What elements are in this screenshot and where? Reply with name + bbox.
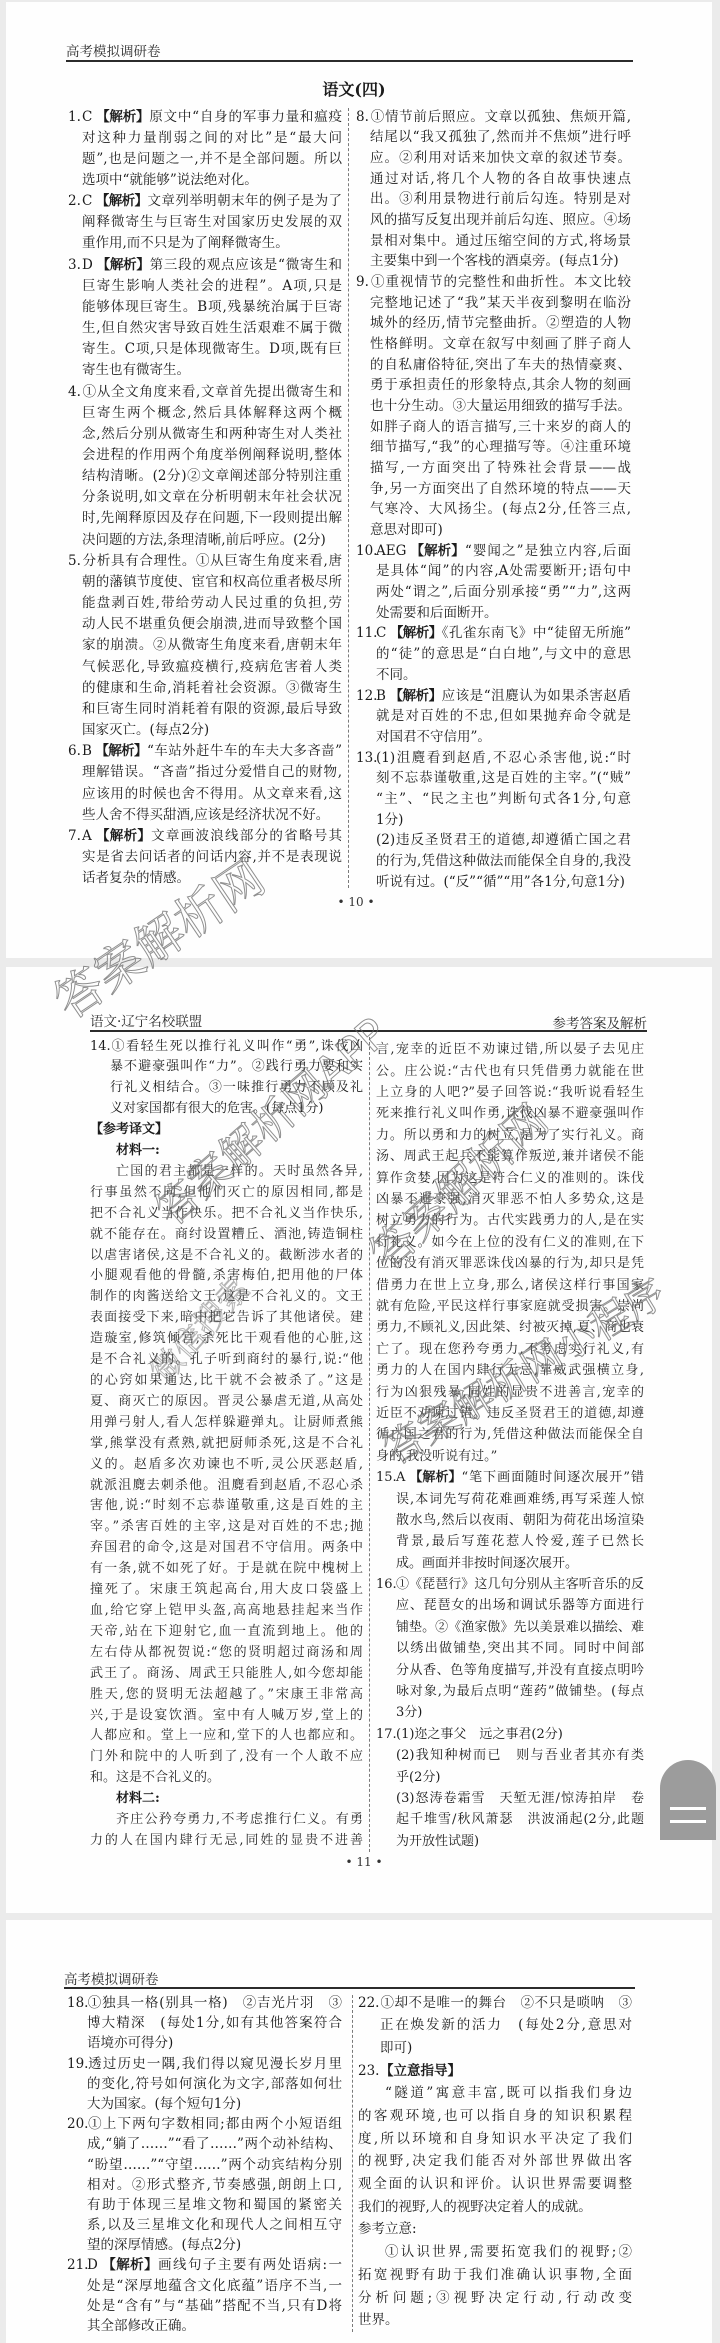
left-column: 1.C【解析】原文中“自身的军事力量和瘟疫 对这种力量削弱之间的对比”是“最大问… <box>68 107 342 890</box>
text-line: 勇力的人在国内肆行无忌,靠威武强横立身, <box>376 1360 644 1381</box>
writing-guide-paragraph: “隧道”寓意丰富,既可以指我们身边的客观环境,也可以指自身的知识积累程度,所以环… <box>358 2082 632 2218</box>
text-line: 刻不忘恭谨敬重,这是百姓的主宰。”(“贼” <box>376 768 631 789</box>
item-first-line: 16.①《琵琶行》这几句分别从主客听音乐的反 <box>376 1574 644 1595</box>
writing-guide-label: 【立意指导】 <box>380 2063 461 2079</box>
text-line: 应、琵琶女的出场和调试乐器等方面进行 <box>396 1595 644 1616</box>
right-column: 22.①却不是唯一的舞台 ②不只是唢呐 ③ 正在焕发新的活力 (每处2分,意思对… <box>358 1992 632 2332</box>
text-line: 的视野,决定我们能否对外部世界做出客 <box>358 2150 632 2173</box>
text-line: 也十分生动。③大量运用细致的描写手法。 <box>370 396 631 417</box>
text-line: 阐释微寄生与巨寄生对国家历史发展的双 <box>82 212 342 233</box>
item-first-line: 9.①重视情节的完整性和曲折性。本文比较 <box>356 272 631 293</box>
item-text: 文章画波浪线部分的省略号其 <box>151 828 342 844</box>
text-line: 掌,熊掌没有煮熟,就把厨师杀死,这是不合礼 <box>90 1434 363 1455</box>
item-number: 16. <box>376 1574 396 1595</box>
text-line: 观全面的认识和评价。认识世界需要调整 <box>358 2173 632 2196</box>
text-line: 的心窍如果通达,比干就不会被杀了。”这是 <box>90 1371 363 1392</box>
text-line: 语境亦可得分) <box>87 2033 342 2053</box>
text-line: 咏对象,为最后点明“莲药”做铺垫。(每点 <box>396 1681 644 1702</box>
analysis-label: 【解析】 <box>409 543 464 559</box>
text-line: 理解错误。“吝啬”指过分爱惜自己的财物, <box>82 762 342 783</box>
text-line: 夏、商灭亡的原因。晋灵公暴虐无道,从高处 <box>90 1392 363 1413</box>
item-lines: 实是省去问话者的问话内容,并不是表现说话者复杂的情感。 <box>82 847 342 889</box>
text-line: 生,但自然灾害导致百姓生活艰难不属于微 <box>82 318 342 339</box>
item-number: 9. <box>356 272 370 293</box>
header-rule <box>64 1987 635 1989</box>
text-line: 通过对话,将几个人物的各自故事快速点 <box>370 169 631 190</box>
text-line: 话者复杂的情感。 <box>82 868 342 889</box>
item-text: “婴闻之”是独立内容,后面 <box>465 543 631 559</box>
text-line: 我们的视野,人的视野决定着人的成就。 <box>358 2196 632 2219</box>
item-number: 5. <box>68 551 82 572</box>
item-text: “车站外赶牛车的车夫大多吝啬” <box>147 743 342 759</box>
text-line: 凶暴不避豪强,消灭罪恶不怕人多势众,这是 <box>376 1189 644 1210</box>
text-line: 力的人在国内肆行无忌,同姓的显贵不进善 <box>90 1831 363 1852</box>
text-line: 循亡国之君的行为,凭借这种做法而能保全自 <box>376 1424 644 1445</box>
answer-item-4: 4.①从全文角度来看,文章首先提出微寄生和 巨寄生两个概念,然后具体解释这两个概… <box>68 382 342 551</box>
item-lines: 理解错误。“吝啬”指过分爱惜自己的财物,应该用的时候也舍不得用。从文章来看,这些… <box>82 762 342 825</box>
text-line: 些人舍不得买甜酒,应该是经济状况不好。 <box>82 805 342 826</box>
text-line: 借勇力在世上立身,那么,诸侯这样行事国家 <box>376 1275 644 1296</box>
answer-item-12: 12.B【解析】应该是“沮麑认为如果杀害赵盾 就是对百姓的不忠,但如果抛弃命令就… <box>356 686 631 748</box>
item-text: ①看轻生死以推行礼义叫作“勇”,诛伐凶 <box>110 1039 363 1054</box>
text-line: 亡了。现在您矜夸勇力,不考虑实行礼义,有 <box>376 1339 644 1360</box>
item-text: ①却不是唯一的舞台 ②不只是唢呐 ③ <box>380 1995 632 2011</box>
analysis-label: 【解析】 <box>101 2257 158 2273</box>
answer-item-20: 20.①上下两句字数相同;都由两个小短语组 成,“躺了……”“看了……”两个动补… <box>67 2114 342 2255</box>
text-line: 就派沮麑去刺杀他。沮麑看到赵盾,不忍心杀 <box>90 1476 363 1497</box>
text-line: 人都应和。堂上一应和,堂下的人也都应和。 <box>90 1726 363 1747</box>
item-lines: 对这种力量削弱之间的对比”是“最大问题”,也是问题之一,并不是全部问题。所以选项… <box>82 128 342 191</box>
item-first-line: 15.A【解析】“笔下画面随时间逐次展开”错 <box>376 1467 644 1488</box>
text-line: 汤、周武王起兵不能算作叛逆,兼并诸侯不能 <box>376 1146 644 1167</box>
text-line: 巨寄生两个概念,然后具体解释这两个概 <box>82 403 342 424</box>
answer-item-21: 21.D【解析】画线句子主要有两处语病:一 处是“深厚地蕴含文化底蕴”语序不当,… <box>67 2255 342 2336</box>
item-lines: 结尾以“我又孤独了,然而并不焦烦”进行呼应。②利用对话来加快文章的叙述节奏。通过… <box>370 127 631 272</box>
text-line: 动人民不堪重负便会崩溃,进而导致整个国 <box>82 614 342 635</box>
item-text: 第三段的观点应该是“微寄生和 <box>150 257 342 273</box>
item-number: 2. <box>68 191 82 212</box>
item-text: 画线句子主要有两处语病:一 <box>158 2257 342 2273</box>
text-line: 景相对集中。通过压缩空间的方式,将场景 <box>370 231 631 252</box>
item-subpart-2: (2)我知种树而已 则与吾业者其亦有类乎(2分) <box>396 1745 644 1788</box>
item-subpart-3: (3)怒涛卷霜雪 天堑无涯/惊涛拍岸 卷起千堆雪/秋风萧瑟 洪波涌起(2分,此题… <box>396 1788 644 1852</box>
item-number: 10. <box>356 541 376 562</box>
text-line: (2)违反圣贤君王的道德,却遵循亡国之君 <box>376 830 631 851</box>
text-line: “盼望……”“守望……”两个动宾结构分别 <box>87 2155 342 2175</box>
text-line: 应。②利用对话来加快文章的叙述节奏。 <box>370 148 631 169</box>
item-number: 23. <box>358 2060 380 2083</box>
left-column: 18.①独具一格(别具一格) ②吉光片羽 ③ 博大精深 (每处1分,如有其他答案… <box>67 1993 342 2336</box>
text-line: 就有危险,平民这样行事家庭就受损害。崇尚 <box>376 1296 644 1317</box>
item-text: “笔下画面随时间逐次展开”错 <box>461 1470 644 1485</box>
text-line: 处需要和后面断开。 <box>376 603 631 624</box>
text-line: 是不合礼义的。孔子听到商纣的暴行,说:“他 <box>90 1350 363 1371</box>
text-line: 应该用的时候也舍不得用。从文章来看,这 <box>82 784 342 805</box>
text-line: 勇力,不顾礼义,因此桀、纣被灭掉,夏、商也衰 <box>376 1317 644 1338</box>
text-line: 齐庄公矜夸勇力,不考虑推行仁义。有勇 <box>90 1810 363 1831</box>
text-line: 和巨寄生同时消耗着有限的资源,最后导致 <box>82 699 342 720</box>
text-line: 分条说明,如文章在分析明朝末年社会状况 <box>82 487 342 508</box>
text-line: 表面接受下来,暗中把它告诉了其他诸侯。建 <box>90 1308 363 1329</box>
item-number: 13. <box>356 748 376 769</box>
text-line: 重作用,而不只是为了阐释微寄生。 <box>82 233 342 254</box>
text-line: 题”,也是问题之一,并不是全部问题。所以 <box>82 149 342 170</box>
text-line: 暴不避豪强叫作“力”。②践行勇力要和实 <box>110 1057 363 1078</box>
item-lines: 巨寄生两个概念,然后具体解释这两个概念,然后分别从微寄生和两种寄生对人类社会进程… <box>82 403 342 551</box>
text-line: 系,以及三星堆文化和现代人之间相互守 <box>87 2215 342 2235</box>
text-line: 处是“深厚地蕴含文化底蕴”语序不当,一 <box>87 2276 342 2296</box>
answer-item-1: 1.C【解析】原文中“自身的军事力量和瘟疫 对这种力量削弱之间的对比”是“最大问… <box>68 107 342 192</box>
header-rule <box>90 1030 647 1032</box>
item-number: 11. <box>356 623 376 644</box>
text-line: 行礼义。如今在上位的没有仁义的准则,在下 <box>376 1232 644 1253</box>
text-line: 以绣出做铺垫,突出其不同。同时中间部 <box>396 1638 644 1659</box>
text-line: 细节描写,“我”的心理描写等。④注重环境 <box>370 437 631 458</box>
text-line: 左右侍从都祝贺说:“您的贤明超过商汤和周 <box>90 1643 363 1664</box>
answer-choice: C <box>376 625 386 641</box>
text-line: 分从香、色等角度描写,并没有直接点明吟 <box>396 1660 644 1681</box>
text-line: 的变化,符号如何演化为文字,部落如何壮 <box>87 2074 342 2094</box>
text-line: 意思对即可) <box>370 520 631 541</box>
item-first-line: 19.透过历史一隅,我们得以窥见漫长岁月里 <box>67 2054 342 2074</box>
item-number: 6. <box>68 741 82 762</box>
text-line: 能盘剥百姓,带给劳动人民过重的负担,劳 <box>82 593 342 614</box>
text-line: 害他,说:“时刻不忘恭谨敬重,这是百姓的主 <box>90 1496 363 1517</box>
page-2: 语文·辽宁名校联盟 参考答案及解析 14.①看轻生死以推行礼义叫作“勇”,诛伐凶… <box>6 967 712 1913</box>
text-line: 死来推行礼义叫作勇,诛伐凶暴不避豪强叫作 <box>376 1103 644 1124</box>
item-number: 21. <box>67 2255 87 2275</box>
item-text: ①《琵琶行》这几句分别从主客听音乐的反 <box>396 1577 644 1592</box>
text-line: 算作贪婪,因为这是符合仁义的准则的。诛伐 <box>376 1168 644 1189</box>
text-line: 的客观环境,也可以指自身的知识积累程 <box>358 2105 632 2128</box>
item-first-line: 21.D【解析】画线句子主要有两处语病:一 <box>67 2255 342 2275</box>
text-line: 1分) <box>376 810 631 831</box>
item-first-line: 6.B【解析】“车站外赶牛车的车夫大多吝啬” <box>68 741 342 762</box>
item-text: ①从全文角度来看,文章首先提出微寄生和 <box>82 384 342 400</box>
text-line: 正在焕发新的活力 (每处2分,意思对 <box>380 2014 632 2037</box>
answer-choice: AEG <box>376 543 406 559</box>
text-line: 巨寄生影响人类社会的进程”。A项,只是 <box>82 276 342 297</box>
page-1: 高考模拟调研卷 语文(四) 1.C【解析】原文中“自身的军事力量和瘟疫 对这种力… <box>6 2 712 958</box>
text-line: 成。画面并非按时间逐次展开。 <box>396 1553 644 1574</box>
item-first-line: 7.A【解析】文章画波浪线部分的省略号其 <box>68 826 342 847</box>
text-line: 误,本词先写荷花难画难绣,再写采莲人惊 <box>396 1489 644 1510</box>
answer-item-2: 2.C【解析】文章列举明朝末年的例子是为了 阐释微寄生与巨寄生对国家历史发展的双… <box>68 191 342 254</box>
answer-item-9: 9.①重视情节的完整性和曲折性。本文比较 完整地记述了“我”某天半夜到黎明在临汾… <box>356 272 631 541</box>
right-column: 8.①情节前后照应。文章以孤独、焦烦开篇, 结尾以“我又孤独了,然而并不焦烦”进… <box>356 107 631 893</box>
text-line: 和。这是不合礼义的。 <box>90 1768 363 1789</box>
answer-choice: B <box>82 743 92 759</box>
text-line: 亡国的君主都是一样的。天时虽然各异, <box>90 1162 363 1183</box>
text-line: 对国君不守信用”。 <box>376 727 631 748</box>
analysis-label: 【解析】 <box>95 743 147 759</box>
text-line: 为开放性试题) <box>396 1831 644 1852</box>
text-line: 有一条,就不如死了好。于是就在院中槐树上 <box>90 1559 363 1580</box>
column-divider <box>352 1995 353 2332</box>
answer-choice: A <box>82 828 92 844</box>
text-line: 有助于体现三星堆文物和蜀国的紧密关 <box>87 2195 342 2215</box>
answer-item-14: 14.①看轻生死以推行礼义叫作“勇”,诛伐凶 暴不避豪强叫作“力”。②践行勇力要… <box>90 1037 363 1121</box>
text-line: 气寒冷、大风扬尘。(每点2分,任答三点, <box>370 499 631 520</box>
item-first-line: 22.①却不是唯一的舞台 ②不只是唢呐 ③ <box>358 1992 632 2015</box>
item-number: 15. <box>376 1467 396 1488</box>
page-number: • 11 • <box>314 1855 414 1869</box>
text-line: 会进程的作用两个角度举例阐释说明,整体 <box>82 445 342 466</box>
answer-item-6: 6.B【解析】“车站外赶牛车的车夫大多吝啬” 理解错误。“吝啬”指过分爱惜自己的… <box>68 741 342 826</box>
item-first-line: 1.C【解析】原文中“自身的军事力量和瘟疫 <box>68 107 342 128</box>
text-line: 用弹弓射人,看人怎样躲避弹丸。让厨师煮熊 <box>90 1413 363 1434</box>
item-first-line: 10.AEG【解析】“婴闻之”是独立内容,后面 <box>356 541 631 562</box>
text-line: 性格鲜明。文章在叙写中刻画了胖子商人 <box>370 334 631 355</box>
text-line: 宰。”杀害百姓的主宰,这是对百姓的不忠;抛 <box>90 1517 363 1538</box>
item-number: 7. <box>68 826 82 847</box>
analysis-label: 【解析】 <box>95 828 151 844</box>
text-line: 完整地记述了“我”某天半夜到黎明在临汾 <box>370 293 631 314</box>
item-lines: 完整地记述了“我”某天半夜到黎明在临汾城外的经历,情节完整曲折。②塑造的人物性格… <box>370 293 631 541</box>
item-first-line: 11.C【解析】《孔雀东南飞》中“徒留无所施” <box>356 623 631 644</box>
analysis-label: 【解析】 <box>389 625 441 641</box>
item-lines: 阐释微寄生与巨寄生对国家历史发展的双重作用,而不只是为了阐释微寄生。 <box>82 212 342 254</box>
analysis-label: 【解析】 <box>95 109 149 125</box>
item-first-line: 3.D【解析】第三段的观点应该是“微寄生和 <box>68 255 342 276</box>
text-line: 乎(2分) <box>396 1767 644 1788</box>
item-subpart-2: (2)违反圣贤君王的道德,却遵循亡国之君的行为,凭借这种做法而能保全自身的,我没… <box>376 830 631 892</box>
answer-choice: B <box>376 688 386 704</box>
text-line: 公。庄公说:“古代也有只凭借勇力就能在世 <box>376 1061 644 1082</box>
menu-icon-bar <box>670 1820 706 1823</box>
text-line: 上立身的人吧?”晏子回答说:“我听说看轻生 <box>376 1082 644 1103</box>
text-line: 结构清晰。(2分)②文章阐述部分特别注重 <box>82 466 342 487</box>
text-line: 大为国家。(每个短句1分) <box>87 2094 342 2114</box>
text-line: 胜天,您的贤明无法超越了。”宋康王非常高 <box>90 1685 363 1706</box>
answer-item-8: 8.①情节前后照应。文章以孤独、焦烦开篇, 结尾以“我又孤独了,然而并不焦烦”进… <box>356 107 631 272</box>
item-lines: 就是对百姓的不忠,但如果抛弃命令就是对国君不守信用”。 <box>376 706 631 747</box>
answer-item-3: 3.D【解析】第三段的观点应该是“微寄生和 巨寄生影响人类社会的进程”。A项,只… <box>68 255 342 382</box>
item-lines: 是具体“闻”的内容,A处需要断开;语句中两处“谓之”,后面分别承接“勇”“力”,… <box>376 561 631 623</box>
item-first-line: 20.①上下两句字数相同;都由两个小短语组 <box>67 2114 342 2134</box>
text-line: 力。所以勇和力的树立,是为了实行礼义。商 <box>376 1125 644 1146</box>
answer-item-17: 17.(1)迩之事父 远之事君(2分) (2)我知种树而已 则与吾业者其亦有类乎… <box>376 1724 644 1852</box>
analysis-label: 【解析】 <box>96 257 150 273</box>
text-line: 起千堆雪/秋风萧瑟 洪波涌起(2分,此题 <box>396 1809 644 1830</box>
item-lines: 刻不忘恭谨敬重,这是百姓的主宰。”(“贼”“主”、“民之主也”判断句式各1分,句… <box>376 768 631 830</box>
text-line: 天帝,站在下迎射它,血一直流到地上。他的 <box>90 1622 363 1643</box>
text-line: 武王了。商汤、周武王只能胜人,如今您却能 <box>90 1664 363 1685</box>
text-line: 以虐害诸侯,这是不合礼义的。截断涉水者的 <box>90 1246 363 1267</box>
item-first-line: 14.①看轻生死以推行礼义叫作“勇”,诛伐凶 <box>90 1037 363 1058</box>
text-line: 世界。 <box>358 2309 632 2332</box>
answer-item-23: 23.【立意指导】 <box>358 2060 632 2083</box>
text-line: 就不能存在。商纣设置糟丘、酒池,铸造铜柱 <box>90 1225 363 1246</box>
text-line: 行为凶狠残暴,同姓的显贵不进善言,宠幸的 <box>376 1382 644 1403</box>
text-line: 铺垫。②《渔家傲》先以美景难以描绘、难 <box>396 1617 644 1638</box>
item-first-line: 18.①独具一格(别具一格) ②吉光片羽 ③ <box>67 1993 342 2013</box>
text-line: 的行为,凭借这种做法而能保全自身的,我没 <box>376 851 631 872</box>
item-number: 1. <box>68 107 82 128</box>
text-line: 散水鸟,然后以夜雨、朝阳为荷花出场渲染 <box>396 1510 644 1531</box>
text-line: 制作的肉酱送给文王,这是不合礼义的。文王 <box>90 1287 363 1308</box>
text-line: 朝的藩镇节度使、宦官和权高位重者极尽所 <box>82 572 342 593</box>
item-text: 透过历史一隅,我们得以窥见漫长岁月里 <box>87 2056 342 2072</box>
text-line: 义对家国都有很大的危害。(每点1分) <box>110 1099 363 1120</box>
page-title: 语文(四) <box>304 80 404 100</box>
text-line: 勇于承担责任的形象特点,其余人物的刻画 <box>370 375 631 396</box>
text-line: 言,宠幸的近臣不劝谏过错,所以晏子去见庄 <box>376 1039 644 1060</box>
answer-choice: C <box>82 109 92 125</box>
text-line: 3分) <box>396 1702 644 1723</box>
text-line: 能够体现巨寄生。B项,残暴统治属于巨寄 <box>82 297 342 318</box>
text-line: 选项中“就能够”说法绝对化。 <box>82 170 342 191</box>
answer-item-7: 7.A【解析】文章画波浪线部分的省略号其 实是省去问话者的问话内容,并不是表现说… <box>68 826 342 889</box>
item-lines: 成,“躺了……”“看了……”两个动补结构、“盼望……”“守望……”两个动宾结构分… <box>87 2134 342 2255</box>
text-line: 博大精深 (每处1分,如有其他答案符合 <box>87 2013 342 2033</box>
text-line: 城外的经历,情节完整曲折。②塑造的人物 <box>370 313 631 334</box>
item-text: ①上下两句字数相同;都由两个小短语组 <box>87 2116 342 2132</box>
text-line: 位的没有消灭罪恶诛伐凶暴的行为,却只是凭 <box>376 1253 644 1274</box>
text-line: 的健康和生命,消耗着社会资源。③微寄生 <box>82 678 342 699</box>
item-first-line: 5.分析具有合理性。①从巨寄生角度来看,唐 <box>68 551 342 572</box>
item-number: 4. <box>68 382 82 403</box>
item-lines: 的变化,符号如何演化为文字,部落如何壮大为国家。(每个短句1分) <box>87 2074 342 2114</box>
item-first-line: 2.C【解析】文章列举明朝末年的例子是为了 <box>68 191 342 212</box>
item-number: 8. <box>356 107 370 128</box>
running-header: 高考模拟调研卷 <box>66 43 161 61</box>
item-text: 原文中“自身的军事力量和瘟疫 <box>149 109 342 125</box>
item-text: ①情节前后照应。文章以孤独、焦烦开篇, <box>370 109 631 125</box>
reference-idea-label: 参考立意: <box>358 2218 632 2241</box>
column-divider <box>348 108 349 888</box>
text-line: 不同。 <box>376 665 631 686</box>
page-3: 高考模拟调研卷 18.①独具一格(别具一格) ②吉光片羽 ③ 博大精深 (每处1… <box>6 1920 712 2343</box>
item-number: 20. <box>67 2114 87 2134</box>
item-text: ①独具一格(别具一格) ②吉光片羽 ③ <box>87 1995 342 2011</box>
floating-menu-button[interactable] <box>660 1760 716 1840</box>
text-line: 是具体“闻”的内容,A处需要断开;语句中 <box>376 561 631 582</box>
item-text: (1)沮麑看到赵盾,不忍心杀害他,说:“时 <box>376 750 631 766</box>
text-line: 争,另一方面突出了自然环境的特点——天 <box>370 479 631 500</box>
item-lines: 处是“深厚地蕴含文化底蕴”语序不当,一处是“含有”与“基础”搭配不当,只有D将其… <box>87 2276 342 2337</box>
item-number: 12. <box>356 686 376 707</box>
item-lines: 朝的藩镇节度使、宦官和权高位重者极尽所能盘剥百姓,带给劳动人民过重的负担,劳动人… <box>82 572 342 741</box>
item-text: 分析具有合理性。①从巨寄生角度来看,唐 <box>82 553 342 569</box>
answer-item-11: 11.C【解析】《孔雀东南飞》中“徒留无所施” 的“徒”的意思是“白白地”,与文… <box>356 623 631 685</box>
text-line: 撞死了。宋康王筑起高台,用大皮口袋盛上 <box>90 1580 363 1601</box>
answer-item-18: 18.①独具一格(别具一格) ②吉光片羽 ③ 博大精深 (每处1分,如有其他答案… <box>67 1993 342 2054</box>
material-1-translation: 亡国的君主都是一样的。天时虽然各异,行事虽然不同,但他们灭亡的原因相同,都是把不… <box>90 1162 363 1789</box>
item-lines: 的“徒”的意思是“白白地”,与文中的意思不同。 <box>376 644 631 685</box>
answer-item-15: 15.A【解析】“笔下画面随时间逐次展开”错 误,本词先写荷花难画难绣,再写采莲… <box>376 1467 644 1574</box>
text-line: 风的描写反复出现并前后勾连、照应。④场 <box>370 210 631 231</box>
answer-item-22: 22.①却不是唯一的舞台 ②不只是唢呐 ③ 正在焕发新的活力 (每处2分,意思对… <box>358 1992 632 2060</box>
text-line: (2)我知种树而已 则与吾业者其亦有类 <box>396 1745 644 1766</box>
text-line: 寄生也有微寄生。 <box>82 360 342 381</box>
page-number: • 10 • <box>306 895 406 909</box>
text-line: 如胖子商人的语言描写,三十来岁的商人的 <box>370 417 631 438</box>
item-text: (1)迩之事父 远之事君(2分) <box>396 1727 563 1742</box>
text-line: 其全部修改正确。 <box>87 2316 342 2336</box>
answer-choice: A <box>396 1470 405 1485</box>
material-2-translation-continued: 言,宠幸的近臣不劝谏过错,所以晏子去见庄公。庄公说:“古代也有只凭借勇力就能在世… <box>376 1039 644 1467</box>
text-line: 相对。②形式整齐,节奏感强,朗朗上口, <box>87 2175 342 2195</box>
text-line: 的“徒”的意思是“白白地”,与文中的意思 <box>376 644 631 665</box>
text-line: 两处“谓之”,后面分别承接“勇”“力”,这两 <box>376 582 631 603</box>
item-first-line: 8.①情节前后照应。文章以孤独、焦烦开篇, <box>356 107 631 128</box>
text-line: “主”、“民之主也”判断句式各1分,句意 <box>376 789 631 810</box>
item-text: 《孔雀东南飞》中“徒留无所施” <box>442 625 631 641</box>
answer-item-5: 5.分析具有合理性。①从巨寄生角度来看,唐 朝的藩镇节度使、宦官和权高位重者极尽… <box>68 551 342 741</box>
left-column: 14.①看轻生死以推行礼义叫作“勇”,诛伐凶 暴不避豪强叫作“力”。②践行勇力要… <box>90 1037 363 1852</box>
text-line: 望的深厚情感。(每点2分) <box>87 2235 342 2255</box>
text-line: 近臣不劝谏过错。违反圣贤君王的道德,却遵 <box>376 1403 644 1424</box>
answer-choice: C <box>82 193 92 209</box>
text-line: 就是对百姓的不忠,但如果抛弃命令就是 <box>376 706 631 727</box>
menu-icon-bar <box>670 1807 706 1810</box>
text-line: 时,先阐释原因及存在问题,下一段则提出解 <box>82 508 342 529</box>
item-text: 应该是“沮麑认为如果杀害赵盾 <box>442 688 631 704</box>
material-2-label: 材料二: <box>90 1789 363 1810</box>
item-lines: 误,本词先写荷花难画难绣,再写采莲人惊散水鸟,然后以夜雨、朝阳为荷花出场渲染背景… <box>396 1489 644 1575</box>
text-line: 的自私庸俗特征,突出了车夫的热情豪爽、 <box>370 355 631 376</box>
column-divider <box>369 1037 370 1852</box>
text-line: 气候恶化,导致瘟疫横行,疫病危害着人类 <box>82 657 342 678</box>
text-line: 背景,最后写莲花惹人怜爱,莲子已然长 <box>396 1531 644 1552</box>
item-first-line: 4.①从全文角度来看,文章首先提出微寄生和 <box>68 382 342 403</box>
text-line: 度,所以环境和自身知识水平决定了我们 <box>358 2128 632 2151</box>
text-line: 家的崩溃。②从微寄生角度来看,唐朝末年 <box>82 635 342 656</box>
text-line: 分析问题;③视野决定行动,行动改变 <box>358 2287 632 2310</box>
text-line: 血,给它穿上铠甲头盔,高高地悬挂起来当作 <box>90 1601 363 1622</box>
text-line: 成,“躺了……”“看了……”两个动补结构、 <box>87 2134 342 2154</box>
text-line: 描写,一方面突出了特殊社会背景——战 <box>370 458 631 479</box>
text-line: 念,然后分别从微寄生和两种寄生对人类社 <box>82 424 342 445</box>
text-line: 门外和院中的人听到了,没有一个人敢不应 <box>90 1747 363 1768</box>
right-column: 言,宠幸的近臣不劝谏过错,所以晏子去见庄公。庄公说:“古代也有只凭借勇力就能在世… <box>376 1039 644 1852</box>
answer-item-16: 16.①《琵琶行》这几句分别从主客听音乐的反 应、琵琶女的出场和调试乐器等方面进… <box>376 1574 644 1724</box>
item-lines: 巨寄生影响人类社会的进程”。A项,只是能够体现巨寄生。B项,残暴统治属于巨寄生,… <box>82 276 342 382</box>
item-number: 3. <box>68 255 82 276</box>
item-first-line: 23.【立意指导】 <box>358 2060 632 2083</box>
analysis-label: 【解析】 <box>389 688 442 704</box>
text-line: “隧道”寓意丰富,既可以指我们身边 <box>358 2082 632 2105</box>
reference-translation-heading: 【参考译文】 <box>90 1120 363 1141</box>
text-line: 对这种力量削弱之间的对比”是“最大问 <box>82 128 342 149</box>
answer-item-10: 10.AEG【解析】“婴闻之”是独立内容,后面 是具体“闻”的内容,A处需要断开… <box>356 541 631 624</box>
text-line: 国家灭亡。(每点2分) <box>82 720 342 741</box>
analysis-label: 【解析】 <box>408 1470 461 1485</box>
text-line: 即可) <box>380 2037 632 2060</box>
answer-choice: D <box>87 2257 98 2273</box>
item-lines: 正在焕发新的活力 (每处2分,意思对即可) <box>380 2014 632 2059</box>
text-line: ①认识世界,需要拓宽我们的视野;② <box>358 2241 632 2264</box>
text-line: 听说有过。(“反”“循”“用”各1分,句意1分) <box>376 872 631 893</box>
text-line: 拓宽视野有助于我们准确认识事物,全面 <box>358 2264 632 2287</box>
text-line: 实是省去问话者的问话内容,并不是表现说 <box>82 847 342 868</box>
text-line: 把不合礼义当作快乐。把不合礼义当作快乐, <box>90 1204 363 1225</box>
text-line: 出。③利用景物进行前后勾连。特别是对 <box>370 189 631 210</box>
item-first-line: 13.(1)沮麑看到赵盾,不忍心杀害他,说:“时 <box>356 748 631 769</box>
item-lines: 博大精深 (每处1分,如有其他答案符合语境亦可得分) <box>87 2013 342 2053</box>
item-number: 14. <box>90 1037 110 1058</box>
text-line: 小腿观看他的骨髓,杀害梅伯,把用他的尸体 <box>90 1266 363 1287</box>
text-line: 主要集中到一个客栈的酒桌旁。(每点1分) <box>370 251 631 272</box>
text-line: 寄生。C项,只是体现微寄生。D项,既有巨 <box>82 339 342 360</box>
item-number: 18. <box>67 1993 87 2013</box>
item-lines: 暴不避豪强叫作“力”。②践行勇力要和实行礼义相结合。③一味推行勇力不顾及礼义对家… <box>110 1057 363 1120</box>
reference-idea-paragraph: ①认识世界,需要拓宽我们的视野;②拓宽视野有助于我们准确认识事物,全面分析问题;… <box>358 2241 632 2332</box>
text-line: 行礼义相结合。③一味推行勇力不顾及礼 <box>110 1078 363 1099</box>
text-line: 兴,于是设宴饮酒。室中有人喊万岁,堂上的 <box>90 1706 363 1727</box>
material-2-translation: 齐庄公矜夸勇力,不考虑推行仁义。有勇力的人在国内肆行无忌,同姓的显贵不进善 <box>90 1810 363 1852</box>
